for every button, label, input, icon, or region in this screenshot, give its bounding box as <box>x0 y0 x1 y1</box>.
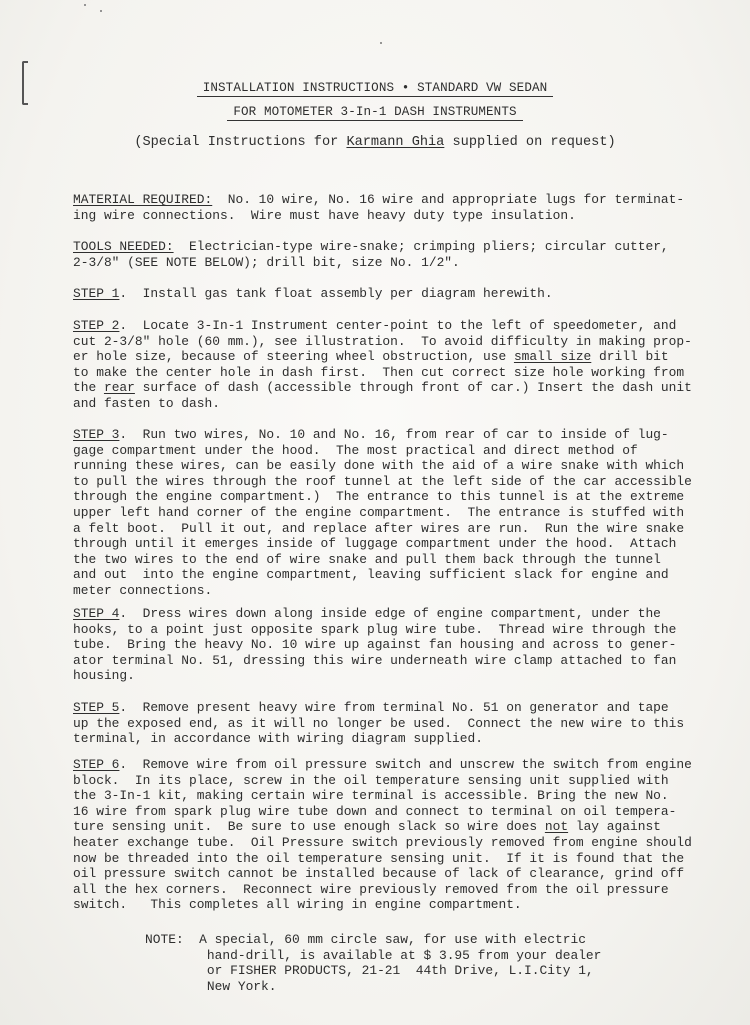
emphasis-underline: rear <box>104 380 135 395</box>
step-label: STEP 3 <box>73 427 119 442</box>
title-line-2: FOR MOTOMETER 3-In-1 DASH INSTRUMENTS <box>0 105 750 119</box>
section-label: TOOLS NEEDED: <box>73 239 174 254</box>
karmann-ghia-emphasis: Karmann Ghia <box>346 135 444 150</box>
step-label: STEP 5 <box>73 700 119 715</box>
paper-speck <box>100 10 102 12</box>
material-required-section: MATERIAL REQUIRED: No. 10 wire, No. 16 w… <box>73 192 713 223</box>
paper-speck <box>380 42 382 44</box>
step-label: STEP 6 <box>73 757 119 772</box>
step-label: STEP 1 <box>73 286 119 301</box>
step-6: STEP 6. Remove wire from oil pressure sw… <box>73 757 713 913</box>
note-label: NOTE: <box>145 932 184 947</box>
tools-needed-section: TOOLS NEEDED: Electrician-type wire-snak… <box>73 239 713 270</box>
subtitle: (Special Instructions for Karmann Ghia s… <box>0 135 750 150</box>
step-4: STEP 4. Dress wires down along inside ed… <box>73 606 713 684</box>
paper-speck <box>84 4 86 6</box>
step-2: STEP 2. Locate 3-In-1 Instrument center-… <box>73 318 713 412</box>
note-section: NOTE: A special, 60 mm circle saw, for u… <box>145 932 645 994</box>
emphasis-underline: not <box>545 819 568 834</box>
step-label: STEP 4 <box>73 606 119 621</box>
document-page: INSTALLATION INSTRUCTIONS • STANDARD VW … <box>0 0 750 1025</box>
step-1: STEP 1. Install gas tank float assembly … <box>73 286 713 302</box>
step-5: STEP 5. Remove present heavy wire from t… <box>73 700 713 747</box>
title-line-1: INSTALLATION INSTRUCTIONS • STANDARD VW … <box>0 81 750 95</box>
step-label: STEP 2 <box>73 318 119 333</box>
step-3: STEP 3. Run two wires, No. 10 and No. 16… <box>73 427 713 599</box>
emphasis-underline: small size <box>514 349 591 364</box>
section-label: MATERIAL REQUIRED: <box>73 192 212 207</box>
